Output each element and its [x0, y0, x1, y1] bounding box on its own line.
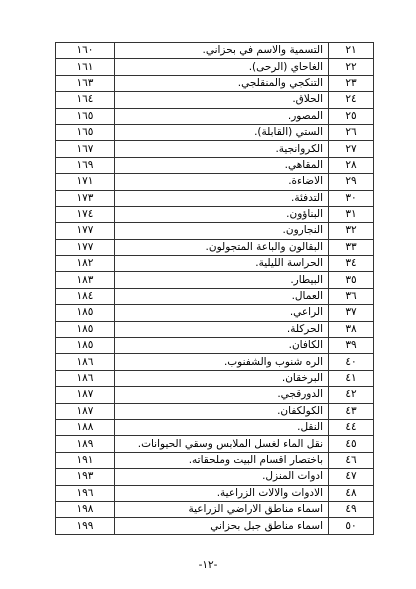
document-page: ٢١التسمية والاسم في بحزاني.١٦٠٢٢الغاحاي …	[0, 0, 416, 589]
entry-number: ٢٦	[329, 124, 374, 140]
table-row: ٤٠الره شنوب والشفنوب.١٨٦	[56, 354, 374, 370]
table-row: ٢٩الاضاءة.١٧١	[56, 174, 374, 190]
entry-number: ٢٧	[329, 141, 374, 157]
entry-page: ١٦٤	[56, 92, 115, 108]
entry-page: ١٧٧	[56, 223, 115, 239]
entry-number: ٣١	[329, 206, 374, 222]
table-row: ٤٣الكولكفان.١٨٧	[56, 403, 374, 419]
entry-page: ١٨٧	[56, 403, 115, 419]
entry-number: ٤٤	[329, 419, 374, 435]
table-row: ٤٦باختصار اقسام البيت وملحقاته.١٩١	[56, 452, 374, 468]
table-row: ٢٢الغاحاي (الرحى).١٦١	[56, 59, 374, 75]
table-row: ٢٧الكروانجية.١٦٧	[56, 141, 374, 157]
table-row: ٣٠التدفئة.١٧٣	[56, 190, 374, 206]
entry-title: البرخقان.	[115, 370, 329, 386]
table-row: ٣٣البقالون والباعة المتجولون.١٧٧	[56, 239, 374, 255]
entry-number: ٥٠	[329, 518, 374, 534]
entry-page: ١٦٧	[56, 141, 115, 157]
table-row: ٢١التسمية والاسم في بحزاني.١٦٠	[56, 43, 374, 59]
table-row: ٣١البناؤون.١٧٤	[56, 206, 374, 222]
table-row: ٤٥نقل الماء لغسل الملابس وسقي الحيوانات.…	[56, 436, 374, 452]
entry-number: ٢١	[329, 43, 374, 59]
entry-number: ٣٥	[329, 272, 374, 288]
entry-title: النجارون.	[115, 223, 329, 239]
entry-number: ٤٦	[329, 452, 374, 468]
entry-title: البناؤون.	[115, 206, 329, 222]
entry-page: ١٨٧	[56, 387, 115, 403]
table-row: ٤١البرخقان.١٨٦	[56, 370, 374, 386]
table-row: ٣٧الراعي.١٨٥	[56, 305, 374, 321]
entry-number: ٤٨	[329, 485, 374, 501]
table-row: ٢٥المصور.١٦٥	[56, 108, 374, 124]
table-row: ٣٩الكافان.١٨٥	[56, 338, 374, 354]
entry-page: ١٩٩	[56, 518, 115, 534]
entry-page: ١٧٤	[56, 206, 115, 222]
table-row: ٤٨الادوات والالات الزراعية.١٩٦	[56, 485, 374, 501]
entry-page: ١٨٢	[56, 256, 115, 272]
entry-page: ١٨٥	[56, 321, 115, 337]
table-row: ٣٤الحراسة الليلية.١٨٢	[56, 256, 374, 272]
entry-number: ٣٤	[329, 256, 374, 272]
entry-page: ١٧٧	[56, 239, 115, 255]
entry-number: ٤٠	[329, 354, 374, 370]
entry-number: ٣٣	[329, 239, 374, 255]
entry-page: ١٨٥	[56, 305, 115, 321]
entry-title: الكافان.	[115, 338, 329, 354]
toc-body: ٢١التسمية والاسم في بحزاني.١٦٠٢٢الغاحاي …	[56, 43, 374, 535]
entry-title: البيطار.	[115, 272, 329, 288]
entry-number: ٢٢	[329, 59, 374, 75]
entry-number: ٣٨	[329, 321, 374, 337]
entry-title: ادوات المنزل.	[115, 469, 329, 485]
entry-title: الكروانجية.	[115, 141, 329, 157]
entry-number: ٢٥	[329, 108, 374, 124]
entry-title: المصور.	[115, 108, 329, 124]
entry-title: البقالون والباعة المتجولون.	[115, 239, 329, 255]
entry-page: ١٩١	[56, 452, 115, 468]
table-row: ٣٦العمال.١٨٤	[56, 288, 374, 304]
entry-page: ١٨٣	[56, 272, 115, 288]
table-of-contents: ٢١التسمية والاسم في بحزاني.١٦٠٢٢الغاحاي …	[55, 42, 374, 535]
table-row: ٣٢النجارون.١٧٧	[56, 223, 374, 239]
entry-title: التدفئة.	[115, 190, 329, 206]
entry-page: ١٦٩	[56, 157, 115, 173]
entry-title: الستي (القابلة).	[115, 124, 329, 140]
table-row: ٢٣التنكجي والمنقلجي.١٦٣	[56, 75, 374, 91]
table-row: ٢٨المقاهي.١٦٩	[56, 157, 374, 173]
entry-number: ٢٨	[329, 157, 374, 173]
entry-title: التسمية والاسم في بحزاني.	[115, 43, 329, 59]
page-number: -١٢-	[0, 559, 416, 571]
entry-title: الراعي.	[115, 305, 329, 321]
entry-page: ١٦٥	[56, 108, 115, 124]
entry-number: ٢٩	[329, 174, 374, 190]
entry-title: الغاحاي (الرحى).	[115, 59, 329, 75]
table-row: ٤٩اسماء مناطق الاراضي الزراعية١٩٨	[56, 501, 374, 517]
entry-title: النقل.	[115, 419, 329, 435]
entry-title: المقاهي.	[115, 157, 329, 173]
entry-number: ٣٦	[329, 288, 374, 304]
entry-title: الاضاءة.	[115, 174, 329, 190]
entry-page: ١٦٣	[56, 75, 115, 91]
entry-number: ٢٣	[329, 75, 374, 91]
entry-title: اسماء مناطق الاراضي الزراعية	[115, 501, 329, 517]
entry-title: نقل الماء لغسل الملابس وسقي الحيوانات.	[115, 436, 329, 452]
entry-page: ١٦٠	[56, 43, 115, 59]
entry-page: ١٩٨	[56, 501, 115, 517]
table-row: ٢٦الستي (القابلة).١٦٥	[56, 124, 374, 140]
entry-page: ١٨٩	[56, 436, 115, 452]
entry-number: ٤١	[329, 370, 374, 386]
entry-number: ٤٢	[329, 387, 374, 403]
entry-page: ١٦١	[56, 59, 115, 75]
entry-number: ٣٩	[329, 338, 374, 354]
entry-page: ١٨٥	[56, 338, 115, 354]
table-row: ٥٠اسماء مناطق جبل بحزاني١٩٩	[56, 518, 374, 534]
entry-page: ١٨٨	[56, 419, 115, 435]
table-row: ٤٧ادوات المنزل.١٩٣	[56, 469, 374, 485]
entry-number: ٣٢	[329, 223, 374, 239]
entry-title: العمال.	[115, 288, 329, 304]
entry-number: ٢٤	[329, 92, 374, 108]
table-row: ٤٤النقل.١٨٨	[56, 419, 374, 435]
entry-number: ٤٥	[329, 436, 374, 452]
entry-title: الره شنوب والشفنوب.	[115, 354, 329, 370]
entry-page: ١٩٦	[56, 485, 115, 501]
entry-page: ١٨٦	[56, 354, 115, 370]
entry-title: اسماء مناطق جبل بحزاني	[115, 518, 329, 534]
entry-page: ١٨٦	[56, 370, 115, 386]
entry-page: ١٧١	[56, 174, 115, 190]
entry-page: ١٦٥	[56, 124, 115, 140]
entry-title: التنكجي والمنقلجي.	[115, 75, 329, 91]
table-row: ٣٥البيطار.١٨٣	[56, 272, 374, 288]
table-row: ٢٤الحلاق.١٦٤	[56, 92, 374, 108]
entry-title: الحركلة.	[115, 321, 329, 337]
entry-page: ١٧٣	[56, 190, 115, 206]
table-row: ٤٢الدورقجي.١٨٧	[56, 387, 374, 403]
entry-number: ٣٧	[329, 305, 374, 321]
entry-title: الكولكفان.	[115, 403, 329, 419]
entry-title: الدورقجي.	[115, 387, 329, 403]
entry-title: الادوات والالات الزراعية.	[115, 485, 329, 501]
entry-number: ٣٠	[329, 190, 374, 206]
entry-title: الحراسة الليلية.	[115, 256, 329, 272]
entry-page: ١٩٣	[56, 469, 115, 485]
entry-page: ١٨٤	[56, 288, 115, 304]
entry-number: ٤٧	[329, 469, 374, 485]
entry-title: باختصار اقسام البيت وملحقاته.	[115, 452, 329, 468]
entry-title: الحلاق.	[115, 92, 329, 108]
table-row: ٣٨الحركلة.١٨٥	[56, 321, 374, 337]
entry-number: ٤٩	[329, 501, 374, 517]
entry-number: ٤٣	[329, 403, 374, 419]
